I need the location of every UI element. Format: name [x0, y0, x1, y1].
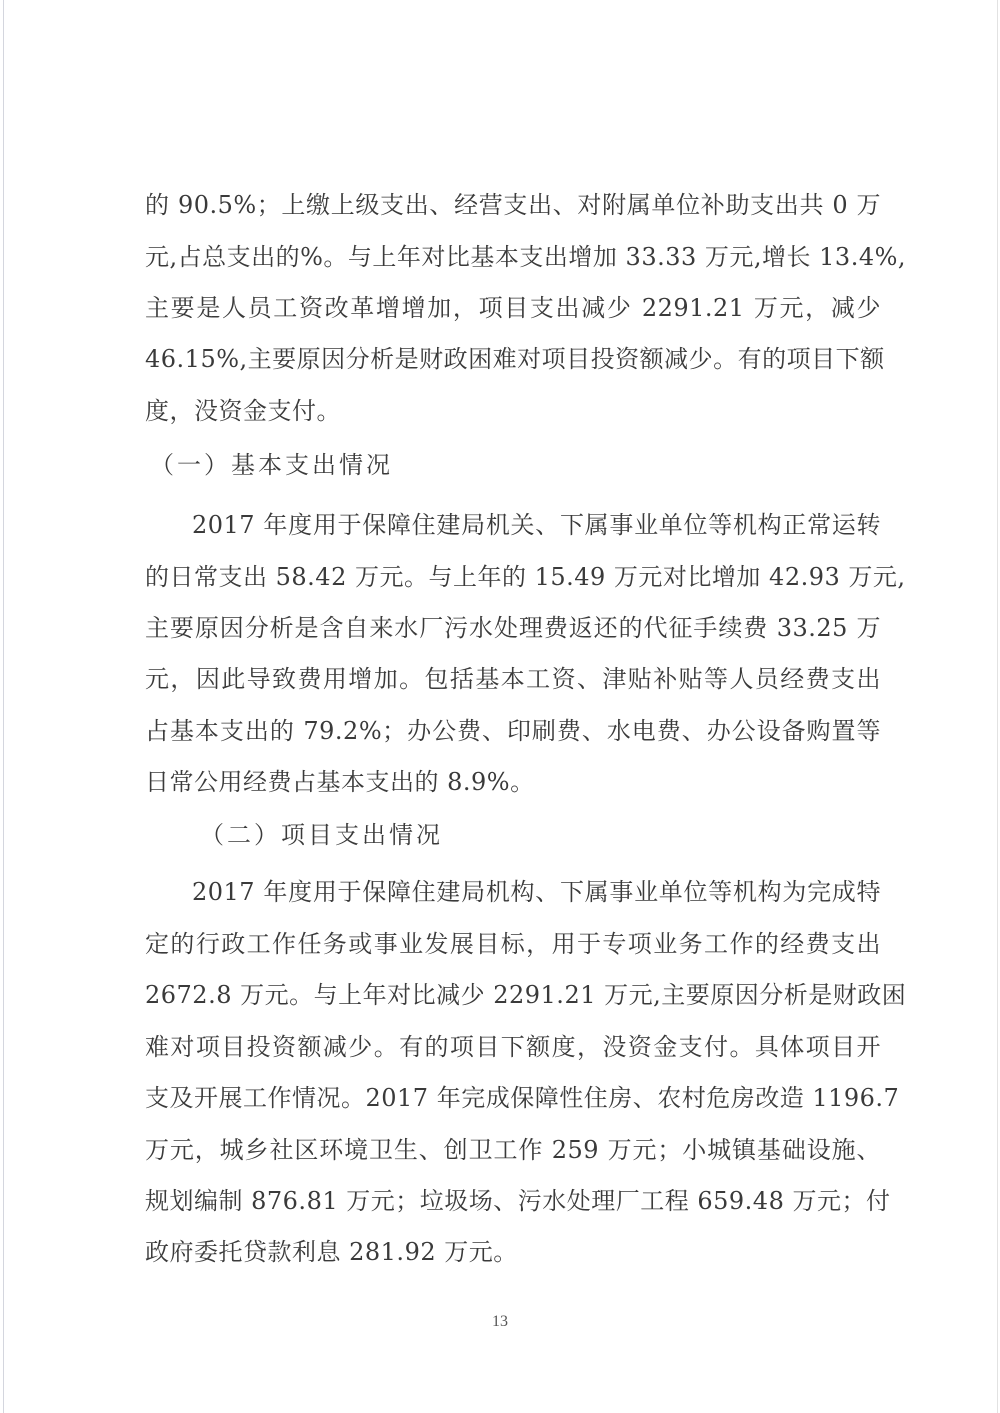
section-heading-basic-expenditure: （一）基本支出情况 — [150, 450, 393, 480]
text-line: 的日常支出 58.42 万元。与上年的 15.49 万元对比增加 42.93 万… — [145, 562, 881, 592]
text-line: 元，因此导致费用增加。包括基本工资、津贴补贴等人员经费支出 — [145, 664, 881, 694]
text-line: 2017 年度用于保障住建局机关、下属事业单位等机构正常运转 — [192, 510, 881, 540]
text-line: 规划编制 876.81 万元；垃圾场、污水处理厂工程 659.48 万元；付 — [145, 1186, 881, 1216]
section-heading-project-expenditure: （二）项目支出情况 — [200, 820, 443, 850]
text-line: 元,占总支出的%。与上年对比基本支出增加 33.33 万元,增长 13.4%, — [145, 242, 881, 272]
text-line: 的 90.5%；上缴上级支出、经营支出、对附属单位补助支出共 0 万 — [145, 190, 881, 220]
scan-edge-left — [3, 0, 4, 1413]
text-line: 难对项目投资额减少。有的项目下额度，没资金支付。具体项目开 — [145, 1032, 881, 1062]
text-line: 46.15%,主要原因分析是财政困难对项目投资额减少。有的项目下额 — [145, 344, 881, 374]
text-line: 支及开展工作情况。2017 年完成保障性住房、农村危房改造 1196.7 — [145, 1083, 881, 1113]
text-line: 度，没资金支付。 — [145, 396, 881, 426]
text-line: 主要原因分析是含自来水厂污水处理费返还的代征手续费 33.25 万 — [145, 613, 881, 643]
text-line: 定的行政工作任务或事业发展目标，用于专项业务工作的经费支出 — [145, 929, 881, 959]
text-line: 日常公用经费占基本支出的 8.9%。 — [145, 767, 881, 797]
text-line: 主要是人员工资改革增增加，项目支出减少 2291.21 万元，减少 — [145, 293, 881, 323]
text-line: 万元，城乡社区环境卫生、创卫工作 259 万元；小城镇基础设施、 — [145, 1135, 881, 1165]
text-line: 占基本支出的 79.2%；办公费、印刷费、水电费、办公设备购置等 — [145, 716, 881, 746]
text-line: 政府委托贷款利息 281.92 万元。 — [145, 1237, 881, 1267]
text-line: 2017 年度用于保障住建局机构、下属事业单位等机构为完成特 — [192, 877, 881, 907]
scan-edge-right — [997, 0, 998, 1413]
page-number: 13 — [0, 1313, 1000, 1331]
text-line: 2672.8 万元。与上年对比减少 2291.21 万元,主要原因分析是财政困 — [145, 980, 881, 1010]
